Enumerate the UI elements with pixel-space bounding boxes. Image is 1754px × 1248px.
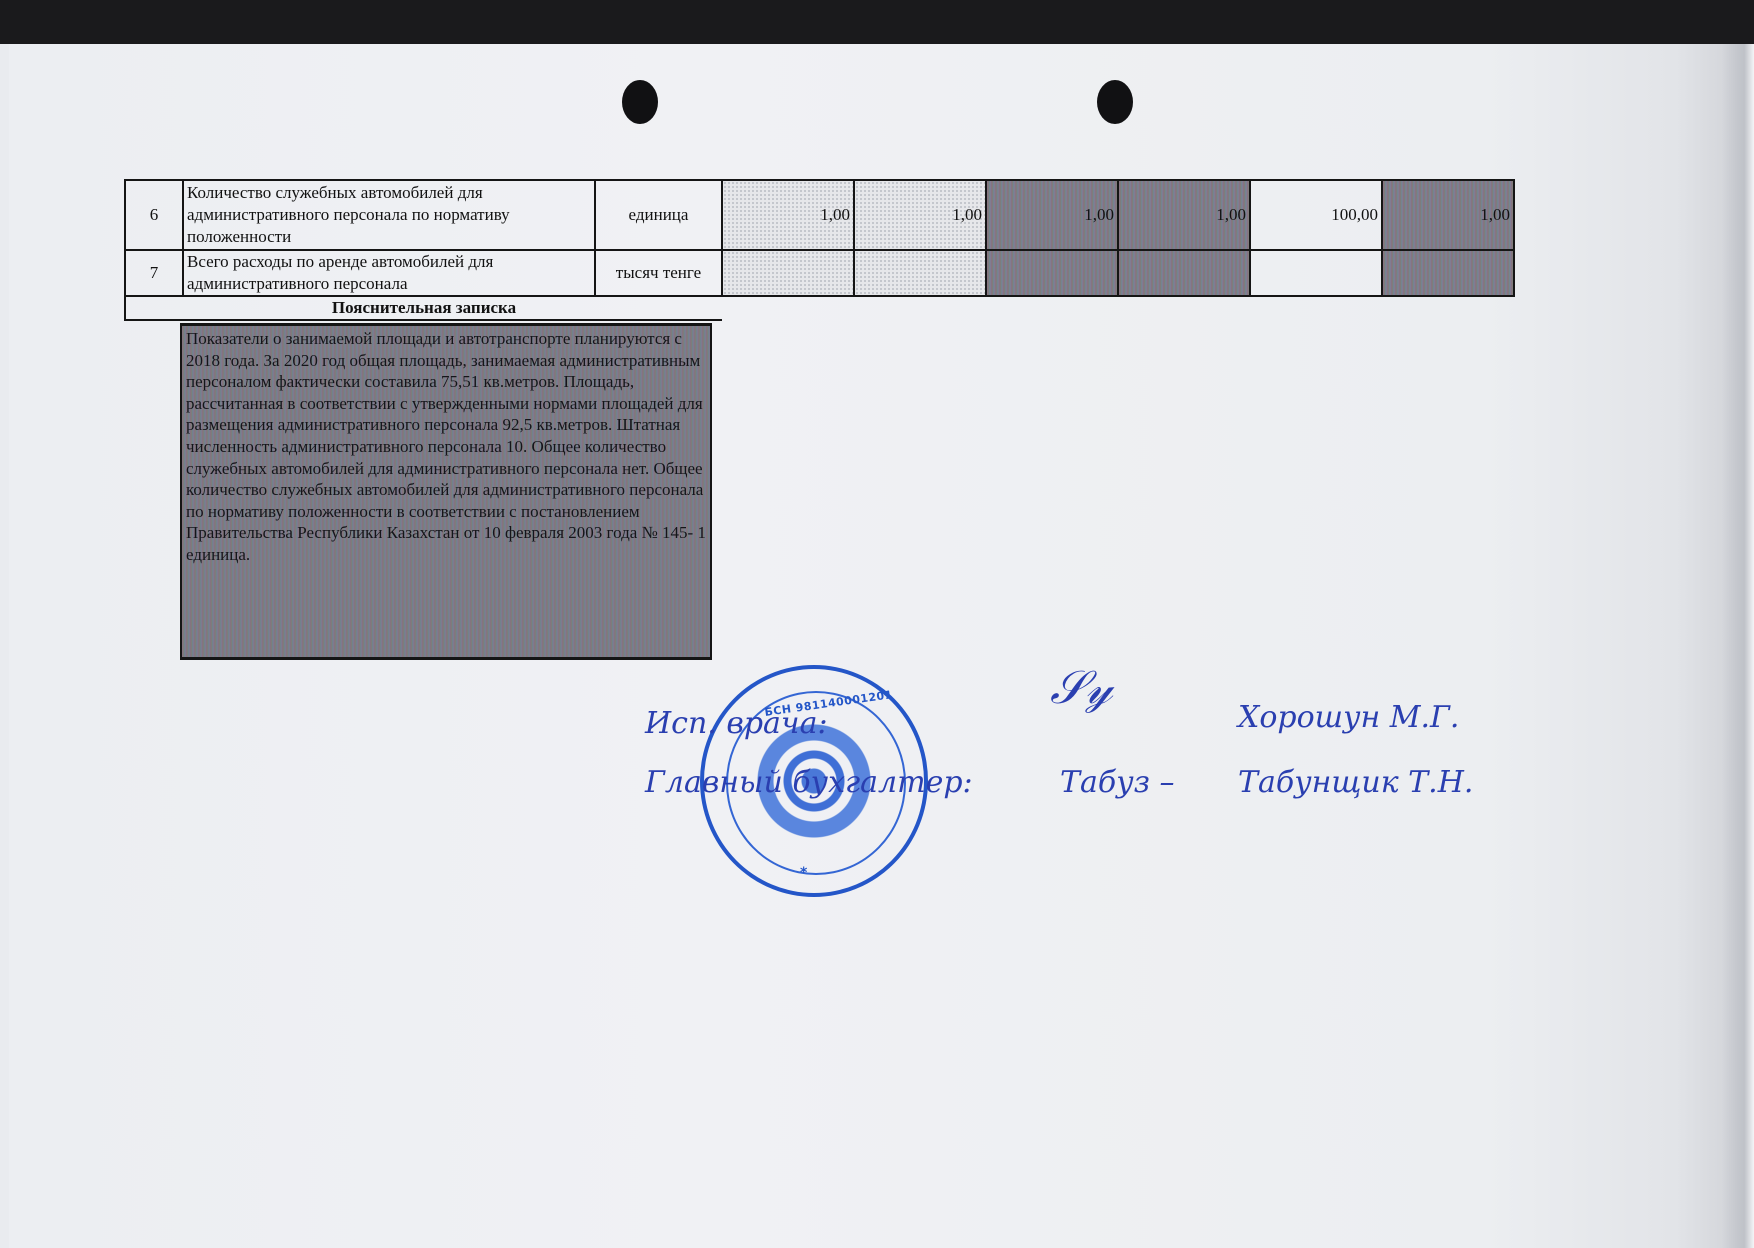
value-cell — [1118, 250, 1250, 296]
value-cell: 1,00 — [1382, 180, 1514, 250]
empty-cell — [722, 296, 1514, 320]
value-cell — [722, 250, 854, 296]
page-right-shadow — [1722, 44, 1754, 1248]
note-header-row: Пояснительная записка — [125, 296, 1514, 320]
scanner-top-edge — [0, 0, 1754, 44]
stamp-star-icon: * — [800, 865, 808, 881]
signature-name-1: Хорошун М.Г. — [1238, 700, 1459, 735]
value-cell: 1,00 — [986, 180, 1118, 250]
value-cell: 1,00 — [1118, 180, 1250, 250]
row-number: 6 — [125, 180, 183, 250]
value-cell — [854, 250, 986, 296]
punch-hole-right — [1097, 80, 1133, 124]
value-cell — [1382, 250, 1514, 296]
percent-cell: 100,00 — [1250, 180, 1382, 250]
row-unit: единица — [595, 180, 722, 250]
signature-scribble-2: Табуз – — [1060, 765, 1175, 800]
value-cell: 1,00 — [854, 180, 986, 250]
table-row: 6 Количество служебных автомобилей для а… — [125, 180, 1514, 250]
row-unit: тысяч тенге — [595, 250, 722, 296]
row-number: 7 — [125, 250, 183, 296]
note-header: Пояснительная записка — [125, 296, 722, 320]
row-indicator-name: Количество служебных автомобилей для адм… — [183, 180, 595, 250]
table-row: 7 Всего расходы по аренде автомобилей дл… — [125, 250, 1514, 296]
indicators-table: 6 Количество служебных автомобилей для а… — [124, 179, 1515, 321]
row-indicator-name: Всего расходы по аренде автомобилей для … — [183, 250, 595, 296]
signature-name-2: Табунщик Т.Н. — [1238, 765, 1473, 800]
punch-hole-left — [622, 80, 658, 124]
signature-role-2: Главный бухгалтер: — [645, 765, 973, 800]
signature-scribble-1: 𝒮𝓎 — [1050, 660, 1112, 716]
explanatory-note: Показатели о занимаемой площади и автотр… — [180, 323, 712, 660]
percent-cell — [1250, 250, 1382, 296]
value-cell — [986, 250, 1118, 296]
value-cell: 1,00 — [722, 180, 854, 250]
signature-role-1: Исп. врача: — [645, 706, 828, 741]
